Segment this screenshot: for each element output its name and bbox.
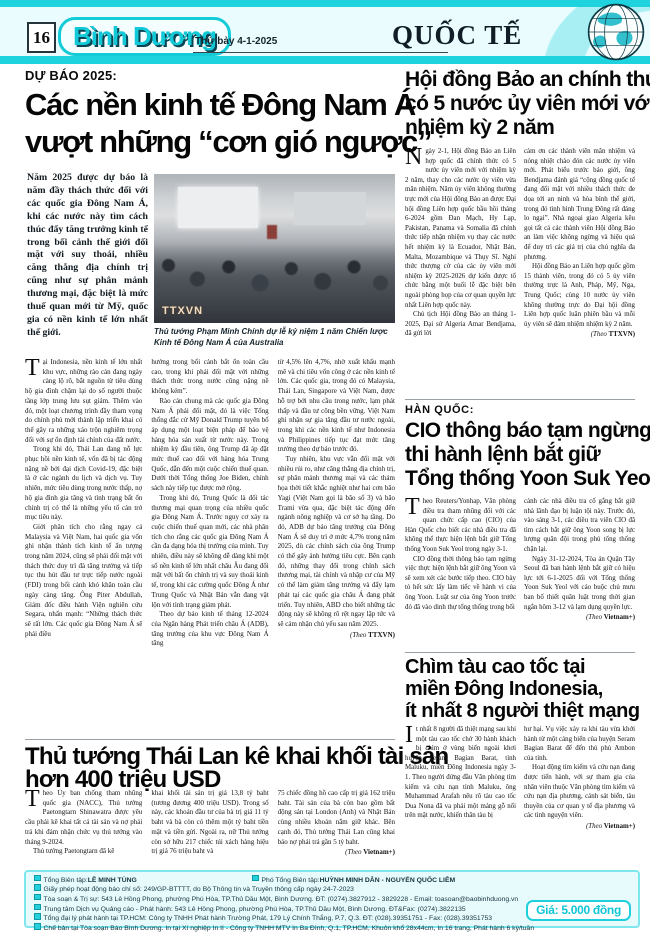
colophon-cell: Phó Tổng Biên tập: HUỲNH MINH DÂN - NGUY… xyxy=(252,875,455,885)
colophon-name: HUỲNH MINH DÂN - NGUYỄN QUỐC LIÊM xyxy=(320,877,456,885)
column-paragraphs: gày 2-1, Hội đồng Bảo an Liên hợp quốc đ… xyxy=(405,147,516,339)
article-photo: TTXVN xyxy=(154,174,395,323)
article-body-columns: N gày 2-1, Hội đồng Bảo an Liên hợp quốc… xyxy=(405,147,635,395)
square-bullet-icon xyxy=(34,894,41,901)
article-byline: (Theo Vietnam+) xyxy=(524,822,635,832)
square-bullet-icon xyxy=(34,904,41,911)
byline-source: Vietnam+) xyxy=(604,823,635,830)
article-headline: Các nền kinh tế Đông Nam Á vượt những “c… xyxy=(25,86,395,160)
headline-line: CIO thông báo tạm ngừng xyxy=(405,419,635,443)
column-paragraphs: cảnh các nhà điều tra cố gắng bắt giữ nh… xyxy=(524,497,635,612)
colophon-name: LÊ MINH TÙNG xyxy=(88,877,137,885)
body-column-1: N gày 2-1, Hội đồng Bảo an Liên hợp quốc… xyxy=(405,147,516,395)
article-byline: (Theo Vietnam+) xyxy=(524,613,635,623)
article-forecast-2025: DỰ BÁO 2025: Các nền kinh tế Đông Nam Á … xyxy=(25,68,395,733)
divider xyxy=(25,739,395,740)
article-headline: Thủ tướng Thái Lan kê khai khối tài sản … xyxy=(25,745,395,791)
headline-line: Các nền kinh tế Đông Nam Á xyxy=(25,86,395,123)
headline-line: Hội đồng Bảo an chính thức xyxy=(405,68,635,92)
article-un-security-council: Hội đồng Bảo an chính thức có 5 nước ủy … xyxy=(405,68,635,395)
body-column-1: T heo Ủy ban chống tham nhũng quốc gia (… xyxy=(25,789,142,867)
page-number: 16 xyxy=(27,22,56,53)
colophon-cell: Tổng Biên tập: LÊ MINH TÙNG xyxy=(34,875,252,885)
square-bullet-icon xyxy=(252,875,259,882)
headline-line: thi hành lệnh bắt giữ xyxy=(405,443,635,467)
body-column-2: khai khối tài sản trị giá 13,8 tỷ baht (… xyxy=(151,789,268,867)
article-indonesia-boat: Chìm tàu cao tốc tại miền Đông Indonesia… xyxy=(405,656,635,865)
column-paragraphs: 75 chiếc đồng hồ cao cấp trị giá 162 tri… xyxy=(278,789,395,847)
drop-cap: T xyxy=(25,789,43,809)
body-column-3: từ 4,5% lên 4,7%, nhờ xuất khẩu mạnh mẽ … xyxy=(278,358,395,726)
byline-source: TTXVN) xyxy=(609,331,635,338)
byline-source: TTXVN) xyxy=(368,631,395,639)
colophon-label: Tổng Biên tập: xyxy=(44,877,88,885)
photo-accent-detail xyxy=(267,225,277,239)
article-body-columns: T heo Ủy ban chống tham nhũng quốc gia (… xyxy=(25,789,395,867)
colophon-text: Giấy phép hoạt động báo chí số: 249/GP-B… xyxy=(44,886,354,894)
article-byline: (Theo TTXVN) xyxy=(278,631,395,641)
photo-caption: Thủ tướng Phạm Minh Chính dự lễ kỷ niệm … xyxy=(154,327,395,348)
article-headline: Chìm tàu cao tốc tại miền Đông Indonesia… xyxy=(405,656,635,722)
byline-source: Vietnam+) xyxy=(604,614,635,621)
header-bottom-bar xyxy=(0,56,650,64)
photo-watermark: TTXVN xyxy=(162,305,203,317)
headline-line: hơn 400 triệu USD xyxy=(25,768,395,791)
issue-date: Thứ bảy 4-1-2025 xyxy=(195,36,277,47)
body-column-1: T heo Reuters/Yonhap, Văn phòng điều tra… xyxy=(405,497,516,649)
article-body-columns: T ại Indonesia, nền kinh tế lớn nhất khu… xyxy=(25,358,395,726)
divider xyxy=(405,652,635,653)
byline-source: Vietnam+) xyxy=(363,848,395,856)
headline-line: nhiệm kỳ 2 năm xyxy=(405,116,635,140)
square-bullet-icon xyxy=(34,884,41,891)
colophon-text: Trung tâm Dịch vụ Quảng cáo - Phát hành:… xyxy=(44,906,466,914)
body-column-3: 75 chiếc đồng hồ cao cấp trị giá 162 tri… xyxy=(278,789,395,867)
article-headline: CIO thông báo tạm ngừng thi hành lệnh bắ… xyxy=(405,419,635,491)
byline-prefix: (Theo xyxy=(345,848,363,856)
header-top-bar xyxy=(0,0,650,7)
column-paragraphs: khai khối tài sản trị giá 13,8 tỷ baht (… xyxy=(151,789,268,857)
colophon-row: Giấy phép hoạt động báo chí số: 249/GP-B… xyxy=(34,885,630,895)
byline-prefix: (Theo xyxy=(591,331,609,338)
article-korea-cio: HÀN QUỐC: CIO thông báo tạm ngừng thi hà… xyxy=(405,404,635,649)
headline-line: ít nhất 8 người thiệt mạng xyxy=(405,700,635,722)
byline-prefix: (Theo xyxy=(586,614,604,621)
body-column-1: T ại Indonesia, nền kinh tế lớn nhất khu… xyxy=(25,358,142,726)
headline-line: Tổng thống Yoon Suk Yeol xyxy=(405,467,635,491)
article-thai-pm-assets: Thủ tướng Thái Lan kê khai khối tài sản … xyxy=(25,745,395,867)
section-title: QUỐC TẾ xyxy=(392,20,522,51)
drop-cap: Í xyxy=(405,725,416,745)
page-header: 16 Bình Dương Thứ bảy 4-1-2025 QUỐC TẾ xyxy=(0,0,650,64)
byline-prefix: (Theo xyxy=(586,823,604,830)
body-column-2: cảnh các nhà điều tra cố gắng bắt giữ nh… xyxy=(524,497,635,649)
article-body-columns: T heo Reuters/Yonhap, Văn phòng điều tra… xyxy=(405,497,635,649)
photo-screen-area xyxy=(178,187,258,227)
article-lead: Năm 2025 được dự báo là năm đầy thách th… xyxy=(27,172,148,356)
article-headline: Hội đồng Bảo an chính thức có 5 nước ủy … xyxy=(405,68,635,140)
colophon-text: Chế bản tại Tòa soạn Báo Bình Dương. In … xyxy=(44,925,535,933)
headline-line: vượt những “cơn gió ngược” xyxy=(25,123,395,160)
body-column-2: hướng trong bối cảnh bất ổn toàn cầu cao… xyxy=(151,358,268,726)
colophon-row: Tổng Biên tập: LÊ MINH TÙNG Phó Tổng Biê… xyxy=(34,875,630,885)
square-bullet-icon xyxy=(34,923,41,930)
column-paragraphs: ại Indonesia, nền kinh tế lớn nhất khu v… xyxy=(25,358,142,639)
divider xyxy=(405,399,635,400)
column-paragraphs: cảm ơn các thành viên mãn nhiệm và nóng … xyxy=(524,147,635,329)
headline-line: miền Đông Indonesia, xyxy=(405,678,635,700)
column-paragraphs: từ 4,5% lên 4,7%, nhờ xuất khẩu mạnh mẽ … xyxy=(278,358,395,630)
column-paragraphs: hướng trong bối cảnh bất ổn toàn cầu cao… xyxy=(151,358,268,649)
drop-cap: N xyxy=(405,147,425,167)
column-paragraphs: hư hại. Vụ việc xảy ra khi tàu vừa khởi … xyxy=(524,725,635,821)
colophon-row: Chế bản tại Tòa soạn Báo Bình Dương. In … xyxy=(34,924,630,934)
newspaper-page: 16 Bình Dương Thứ bảy 4-1-2025 QUỐC TẾ D… xyxy=(0,0,650,952)
column-paragraphs: t nhất 8 người đã thiệt mạng sau khi một… xyxy=(405,725,516,821)
square-bullet-icon xyxy=(34,875,41,882)
colophon-box: Tổng Biên tập: LÊ MINH TÙNG Phó Tổng Biê… xyxy=(24,870,640,928)
drop-cap: T xyxy=(405,497,423,517)
article-byline: (Theo Vietnam+) xyxy=(278,848,395,858)
body-column-1: Í t nhất 8 người đã thiệt mạng sau khi m… xyxy=(405,725,516,865)
headline-line: Chìm tàu cao tốc tại xyxy=(405,656,635,678)
price-badge: Giá: 5.000 đồng xyxy=(526,900,631,921)
article-kicker: HÀN QUỐC: xyxy=(405,404,635,416)
date-underline xyxy=(193,52,448,53)
column-paragraphs: heo Ủy ban chống tham nhũng quốc gia (NA… xyxy=(25,789,142,857)
colophon-label: Phó Tổng Biên tập: xyxy=(262,877,320,885)
body-column-2: hư hại. Vụ việc xảy ra khi tàu vừa khởi … xyxy=(524,725,635,865)
colophon-text: Tòa soạn & Trị sự: 543 Lê Hồng Phong, ph… xyxy=(44,896,519,904)
square-bullet-icon xyxy=(34,913,41,920)
article-body-columns: Í t nhất 8 người đã thiệt mạng sau khi m… xyxy=(405,725,635,865)
photo-stage-panel xyxy=(294,192,366,225)
article-byline: (Theo TTXVN) xyxy=(524,330,635,340)
globe-icon xyxy=(585,1,647,63)
body-column-2: cảm ơn các thành viên mãn nhiệm và nóng … xyxy=(524,147,635,395)
article-kicker: DỰ BÁO 2025: xyxy=(25,68,395,83)
colophon-text: Tổng đại lý phát hành tại TP.HCM: Công t… xyxy=(44,915,493,923)
drop-cap: T xyxy=(25,358,43,378)
headline-line: có 5 nước ủy viên mới với xyxy=(405,92,635,116)
byline-prefix: (Theo xyxy=(350,631,368,639)
headline-line: Thủ tướng Thái Lan kê khai khối tài sản xyxy=(25,745,395,768)
